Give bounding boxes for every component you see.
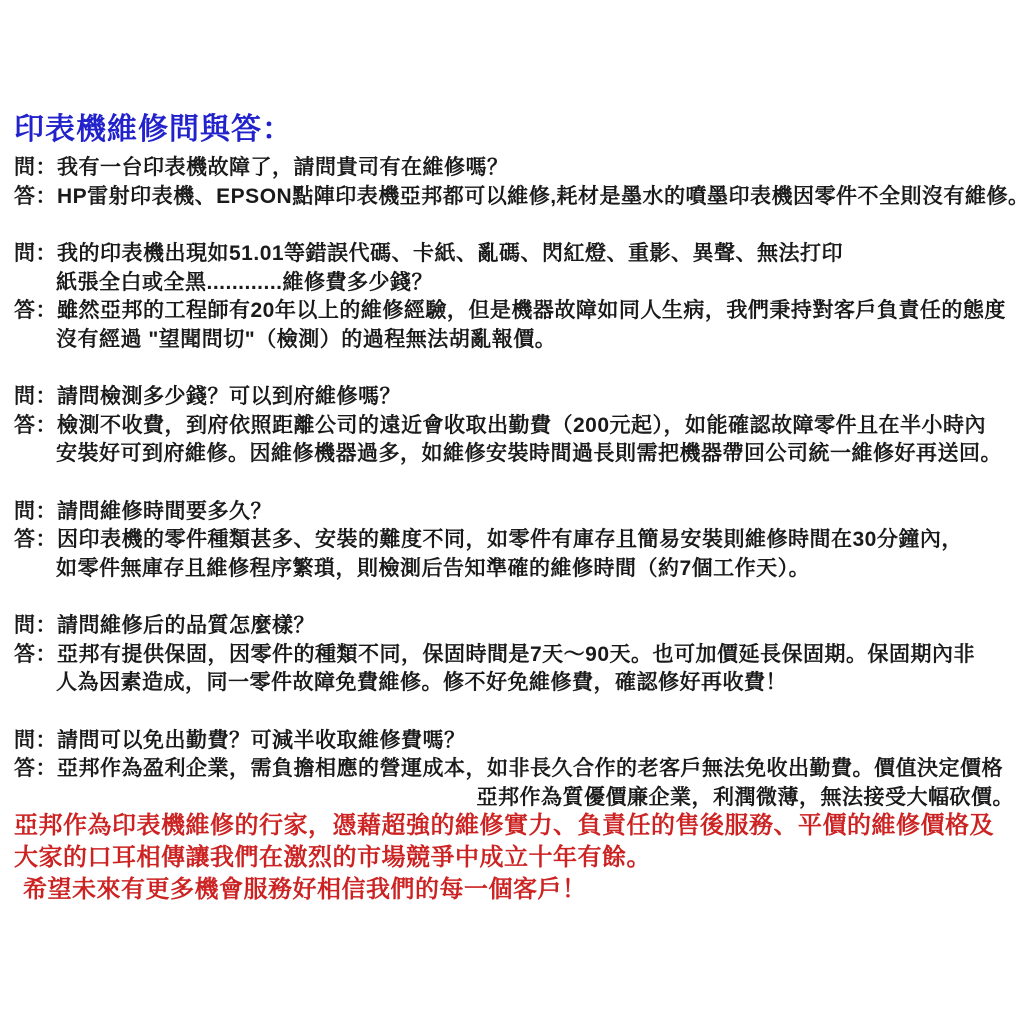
qa-block-3: 問：請問檢測多少錢？可以到府維修嗎？ 答：檢測不收費，到府依照距離公司的遠近會收… bbox=[14, 383, 1022, 469]
qa-block-4: 問：請問維修時間要多久？ 答：因印表機的零件種類甚多、安裝的難度不同，如零件有庫… bbox=[14, 498, 1022, 584]
question-line: 問：請問維修時間要多久？ bbox=[14, 498, 1022, 527]
answer-line: 答：亞邦作為盈利企業，需負擔相應的營運成本，如非長久合作的老客戶無法免收出勤費。… bbox=[14, 755, 1022, 784]
qa-block-6: 問：請問可以免出勤費？可減半收取維修費嗎？ 答：亞邦作為盈利企業，需負擔相應的營… bbox=[14, 727, 1022, 813]
answer-line-continuation: 沒有經過 "望聞問切"（檢測）的過程無法胡亂報價。 bbox=[56, 326, 1022, 355]
footer-highlight-text: 亞邦作為印表機維修的行家，憑藉超強的維修實力、負責任的售後服務、平價的維修價格及… bbox=[14, 810, 1022, 906]
answer-line-continuation: 亞邦作為質優價廉企業，利潤微薄，無法接受大幅砍價。 bbox=[14, 784, 1022, 813]
page-title: 印表機維修問與答： bbox=[14, 112, 1022, 148]
question-line: 問：我有一台印表機故障了，請問貴司有在維修嗎？ bbox=[14, 154, 1022, 183]
qa-block-5: 問：請問維修后的品質怎麼樣？ 答：亞邦有提供保固，因零件的種類不同，保固時間是7… bbox=[14, 612, 1022, 698]
answer-line: 答：亞邦有提供保固，因零件的種類不同，保固時間是7天～90天。也可加價延長保固期… bbox=[14, 641, 1022, 670]
answer-line: 答：雖然亞邦的工程師有20年以上的維修經驗，但是機器故障如同人生病，我們秉持對客… bbox=[14, 297, 1022, 326]
answer-line-continuation: 如零件無庫存且維修程序繁瑣，則檢測后告知準確的維修時間（約7個工作天）。 bbox=[56, 555, 1022, 584]
footer-line: 希望未來有更多機會服務好相信我們的每一個客戶！ bbox=[14, 874, 1022, 906]
qa-block-1: 問：我有一台印表機故障了，請問貴司有在維修嗎？ 答：HP雷射印表機、EPSON點… bbox=[14, 154, 1022, 211]
qa-block-2: 問：我的印表機出現如51.01等錯誤代碼、卡紙、亂碼、閃紅燈、重影、異聲、無法打… bbox=[14, 240, 1022, 354]
answer-line: 答：檢測不收費，到府依照距離公司的遠近會收取出勤費（200元起），如能確認故障零… bbox=[14, 412, 1022, 441]
answer-line: 答：因印表機的零件種類甚多、安裝的難度不同，如零件有庫存且簡易安裝則維修時間在3… bbox=[14, 526, 1022, 555]
question-line: 問：請問維修后的品質怎麼樣？ bbox=[14, 612, 1022, 641]
answer-line-continuation: 人為因素造成，同一零件故障免費維修。修不好免維修費，確認修好再收費！ bbox=[56, 669, 1022, 698]
question-line: 問：請問檢測多少錢？可以到府維修嗎？ bbox=[14, 383, 1022, 412]
question-line: 問：請問可以免出勤費？可減半收取維修費嗎？ bbox=[14, 727, 1022, 756]
question-line-continuation: 紙張全白或全黑............維修費多少錢？ bbox=[56, 269, 1022, 298]
answer-line-continuation: 安裝好可到府維修。因維修機器過多，如維修安裝時間過長則需把機器帶回公司統一維修好… bbox=[56, 440, 1022, 469]
question-line: 問：我的印表機出現如51.01等錯誤代碼、卡紙、亂碼、閃紅燈、重影、異聲、無法打… bbox=[14, 240, 1022, 269]
footer-line: 亞邦作為印表機維修的行家，憑藉超強的維修實力、負責任的售後服務、平價的維修價格及 bbox=[14, 810, 1022, 842]
answer-line: 答：HP雷射印表機、EPSON點陣印表機亞邦都可以維修,耗材是墨水的噴墨印表機因… bbox=[14, 183, 1022, 212]
footer-line: 大家的口耳相傳讓我們在激烈的市場競爭中成立十年有餘。 bbox=[14, 842, 1022, 874]
qa-document-page: 印表機維修問與答： 問：我有一台印表機故障了，請問貴司有在維修嗎？ 答：HP雷射… bbox=[0, 0, 1024, 1024]
